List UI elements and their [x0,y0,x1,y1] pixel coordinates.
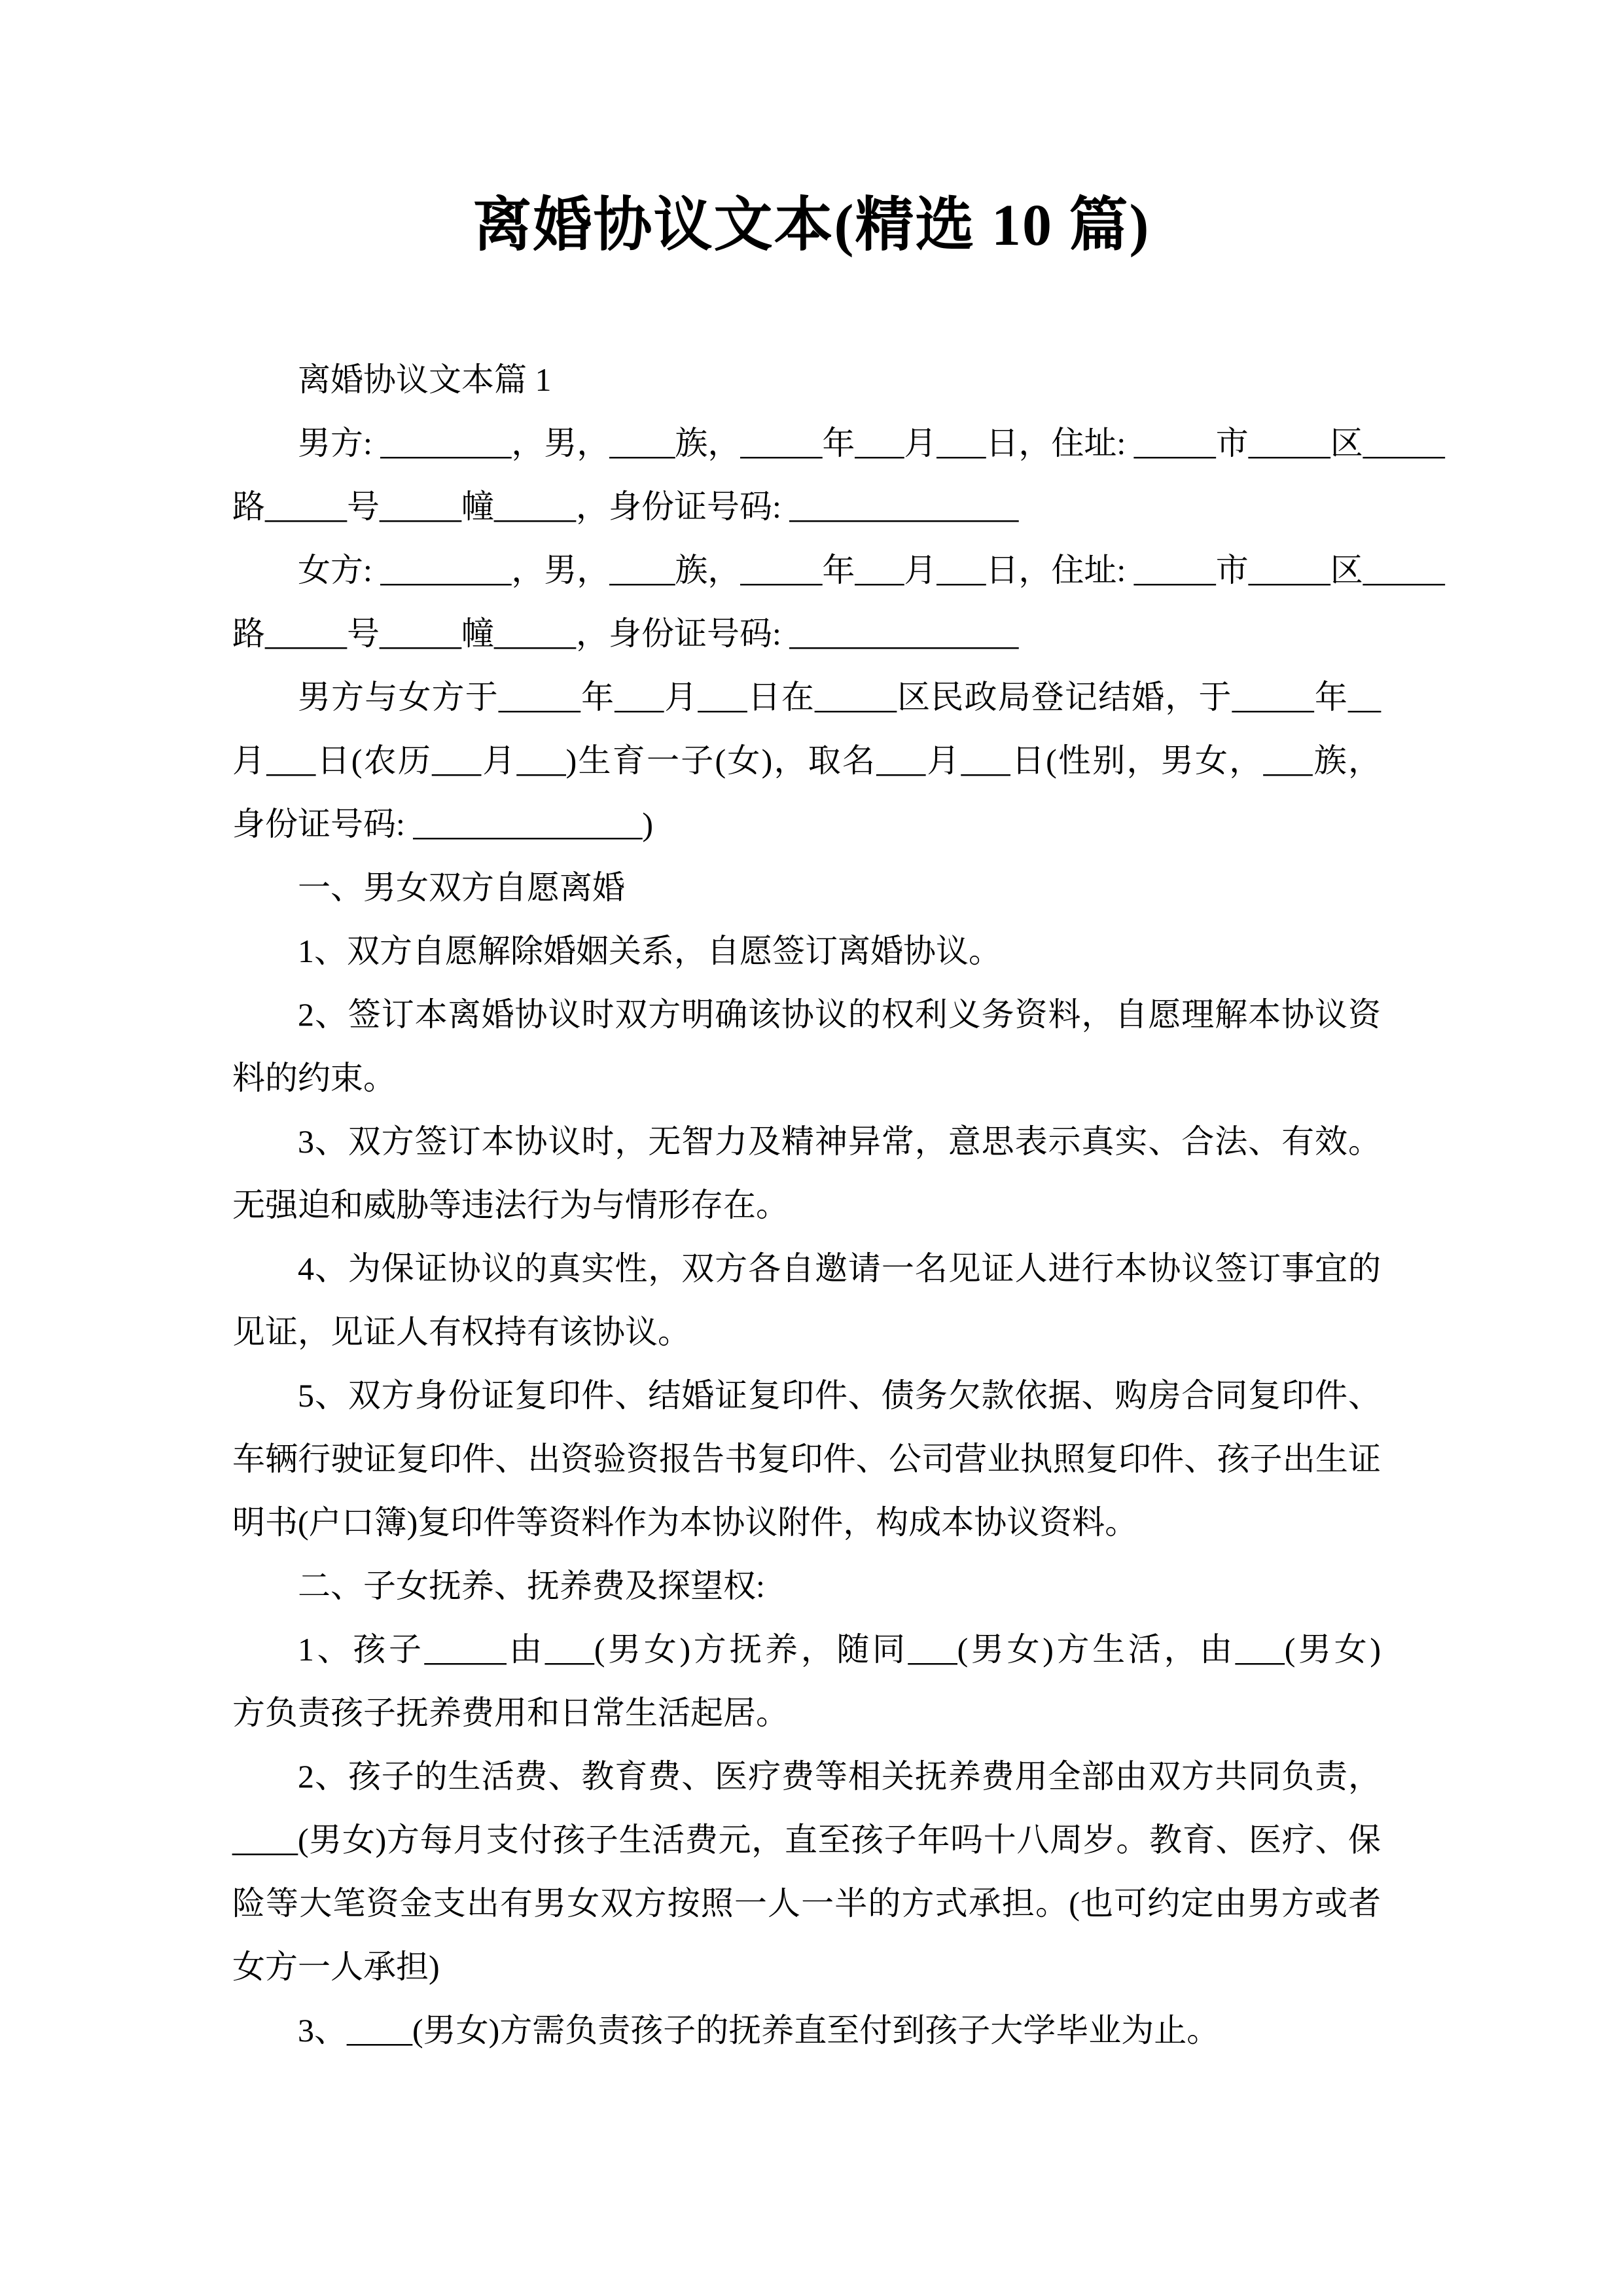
document-line: 女方: ________，男，____族，_____年___月___日，住址: … [232,539,1381,602]
document-line: 方负责孩子抚养费用和日常生活起居。 [232,1681,1381,1745]
document-line: 3、____(男女)方需负责孩子的抚养直至付到孩子大学毕业为止。 [232,1999,1381,2062]
document-line: 月___日(农历___月___)生育一子(女)，取名___月___日(性别，男女… [232,729,1381,793]
document-line: 女方一人承担) [232,1935,1381,1999]
document-line: 险等大笔资金支出有男女双方按照一人一半的方式承担。(也可约定由男方或者 [232,1872,1381,1935]
document-line: 车辆行驶证复印件、出资验资报告书复印件、公司营业执照复印件、孩子出生证 [232,1427,1381,1491]
document-line: 无强迫和威胁等违法行为与情形存在。 [232,1174,1381,1237]
document-line: 3、双方签订本协议时，无智力及精神异常，意思表示真实、合法、有效。 [232,1110,1381,1174]
document-line: 料的约束。 [232,1047,1381,1110]
document-line: 见证，见证人有权持有该协议。 [232,1300,1381,1364]
document-line: ____(男女)方每月支付孩子生活费元，直至孩子年吗十八周岁。教育、医疗、保 [232,1808,1381,1872]
document-line: 2、签订本离婚协议时双方明确该协议的权利义务资料，自愿理解本协议资 [232,983,1381,1047]
document-line: 二、子女抚养、抚养费及探望权: [232,1554,1381,1618]
document-line: 男方: ________，男，____族，_____年___月___日，住址: … [232,412,1381,475]
document-line: 路_____号_____幢_____，身份证号码: ______________ [232,602,1381,666]
document-line: 路_____号_____幢_____，身份证号码: ______________ [232,475,1381,539]
page: 离婚协议文本(精选 10 篇) 离婚协议文本篇 1男方: ________，男，… [0,0,1623,2296]
document-line: 男方与女方于_____年___月___日在_____区民政局登记结婚，于____… [232,666,1381,729]
document-line: 离婚协议文本篇 1 [232,348,1381,412]
document-line: 2、孩子的生活费、教育费、医疗费等相关抚养费用全部由双方共同负责， [232,1745,1381,1808]
document-line: 一、男女双方自愿离婚 [232,856,1381,920]
document-line: 明书(户口簿)复印件等资料作为本协议附件，构成本协议资料。 [232,1491,1381,1554]
document-body: 离婚协议文本篇 1男方: ________，男，____族，_____年___月… [232,348,1381,2062]
document-line: 5、双方身份证复印件、结婚证复印件、债务欠款依据、购房合同复印件、 [232,1364,1381,1427]
document-line: 1、双方自愿解除婚姻关系，自愿签订离婚协议。 [232,920,1381,983]
document-line: 身份证号码: ______________) [232,793,1381,856]
document-title: 离婚协议文本(精选 10 篇) [0,192,1623,260]
document-line: 4、为保证协议的真实性，双方各自邀请一名见证人进行本协议签订事宜的 [232,1237,1381,1300]
document-line: 1、孩子_____由___(男女)方抚养，随同___(男女)方生活，由___(男… [232,1618,1381,1681]
